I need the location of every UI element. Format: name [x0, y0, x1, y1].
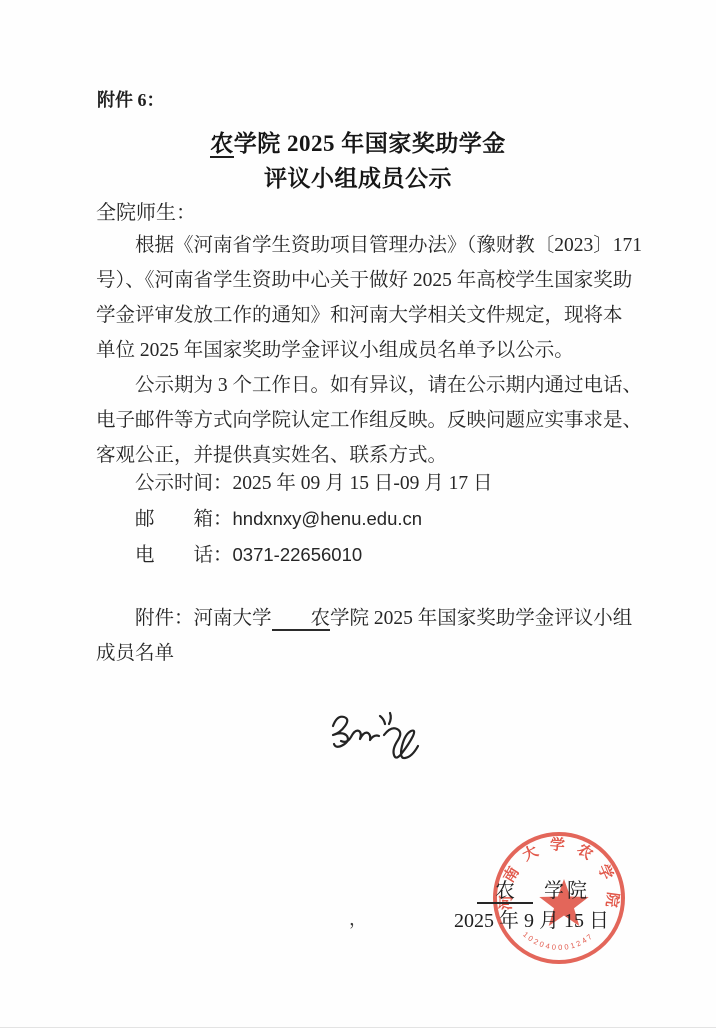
- paragraph-basis: 根据《河南省学生资助项目管理办法》（豫财教〔2023〕171 号）、《河南省学生…: [96, 228, 626, 368]
- salutation: 全院师生：: [96, 196, 196, 225]
- phone-row: 电 话：0371-22656010: [96, 537, 493, 573]
- para1-line: 学金评审发放工作的通知》和河南大学相关文件规定，现将本: [96, 298, 626, 333]
- seal-number: 102040001247: [521, 930, 595, 952]
- email-row: 邮 箱：hndxnxy@henu.edu.cn: [96, 501, 493, 537]
- document-page: 附件 6： 农学院 2025 年国家奖助学金 评议小组成员公示 全院师生： 根据…: [0, 0, 716, 1028]
- phone-label: 电 话：: [135, 545, 233, 566]
- para2-line: 公示期为 3 个工作日。如有异议，请在公示期内通过电话、: [96, 368, 626, 403]
- document-title: 农学院 2025 年国家奖助学金 评议小组成员公示: [0, 126, 716, 196]
- attachment-reference: 附件：河南大学农学院 2025 年国家奖助学金评议小组 成员名单: [96, 601, 626, 671]
- department-blank-filled: 农: [477, 880, 533, 904]
- stray-ink-mark: ，: [349, 905, 367, 931]
- para2-line: 电子邮件等方式向学院认定工作组反映。反映问题应实事求是、: [96, 403, 626, 438]
- attachment-line-2: 成员名单: [96, 636, 626, 671]
- publicity-period-row: 公示时间：2025 年 09 月 15 日-09 月 17 日: [96, 466, 493, 501]
- attachment-blank-filled: 农: [272, 608, 331, 631]
- phone-value: 0371-22656010: [233, 544, 363, 565]
- department-suffix: 学院: [544, 880, 590, 902]
- title-line1-rest: 学院 2025 年国家奖助学金: [234, 131, 506, 156]
- title-line-1: 农学院 2025 年国家奖助学金: [0, 126, 716, 161]
- attachment-prefix: 附件：河南大学: [135, 608, 272, 629]
- para1-line: 号）、《河南省学生资助中心关于做好 2025 年高校学生国家奖助: [96, 263, 626, 298]
- publicity-period-value: 2025 年 09 月 15 日-09 月 17 日: [233, 473, 493, 494]
- para1-line: 单位 2025 年国家奖助学金评议小组成员名单予以公示。: [96, 333, 626, 368]
- publicity-period-label: 公示时间：: [135, 473, 233, 494]
- signing-date: 2025 年 9 月 15 日: [454, 904, 609, 933]
- attachment-number: 附件 6：: [97, 86, 165, 112]
- signing-department: 农学院: [477, 874, 590, 904]
- email-value: hndxnxy@henu.edu.cn: [233, 508, 423, 529]
- para1-line: 根据《河南省学生资助项目管理办法》（豫财教〔2023〕171: [96, 228, 626, 263]
- handwritten-signature: [316, 700, 428, 778]
- email-label: 邮 箱：: [135, 509, 233, 530]
- title-line-2: 评议小组成员公示: [0, 161, 716, 196]
- contact-info: 公示时间：2025 年 09 月 15 日-09 月 17 日 邮 箱：hndx…: [96, 466, 493, 573]
- attachment-suffix: 学院 2025 年国家奖助学金评议小组: [330, 608, 632, 629]
- attachment-line-1: 附件：河南大学农学院 2025 年国家奖助学金评议小组: [96, 601, 626, 636]
- title-underlined-char: 农: [210, 132, 234, 158]
- paragraph-objection: 公示期为 3 个工作日。如有异议，请在公示期内通过电话、 电子邮件等方式向学院认…: [96, 368, 626, 473]
